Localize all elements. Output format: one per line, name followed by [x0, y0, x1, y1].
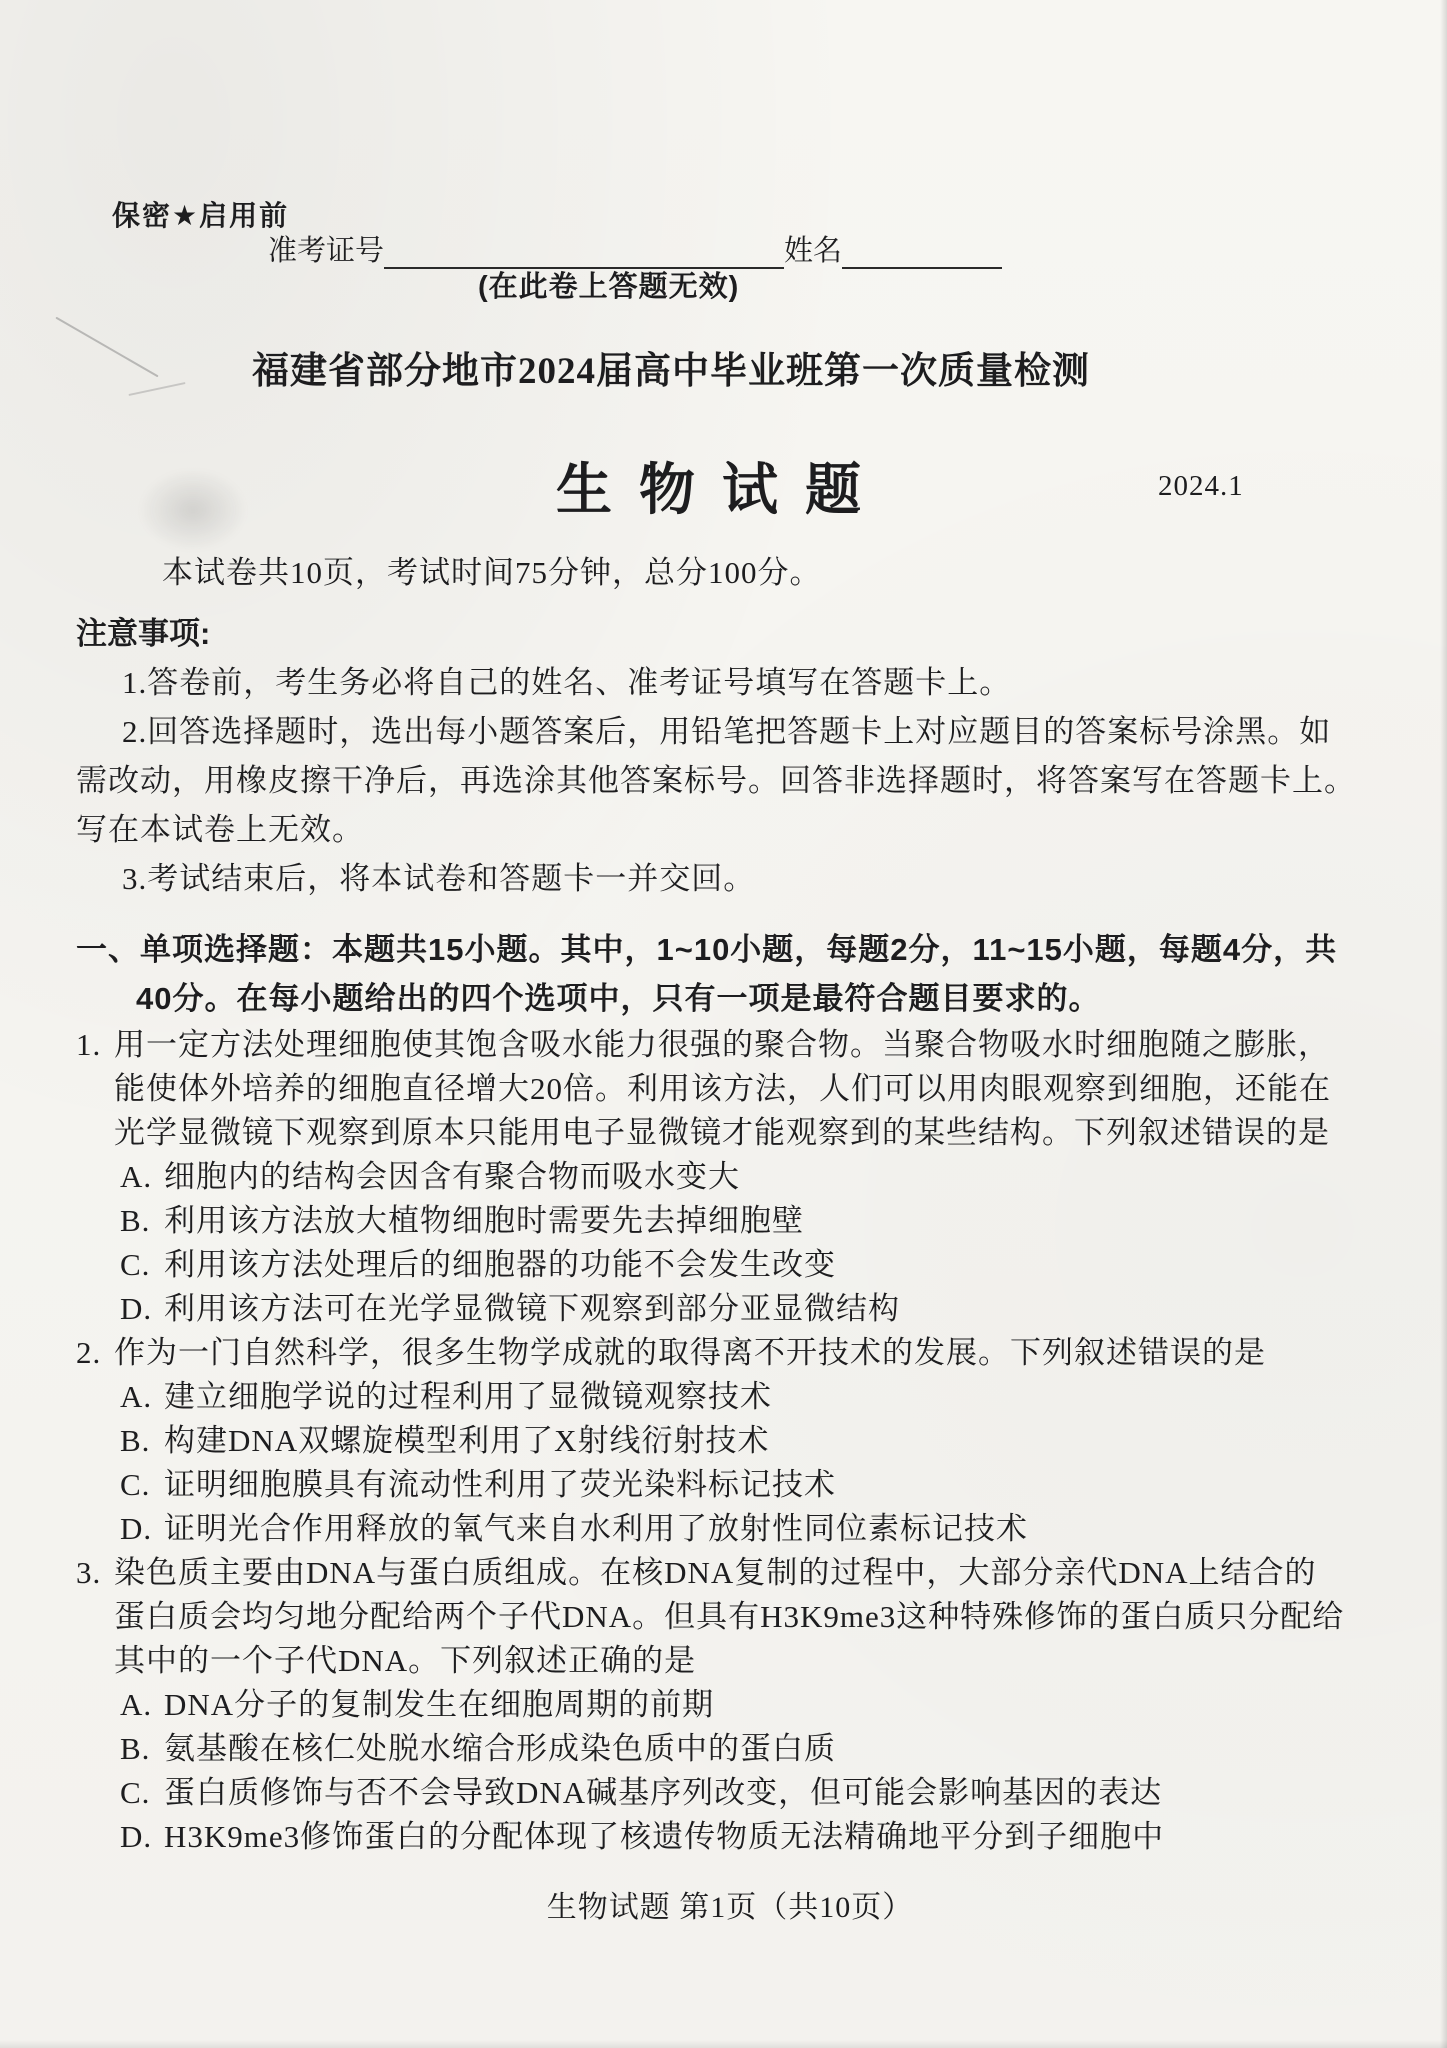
question-option: C.证明细胞膜具有流动性利用了荧光染料标记技术 — [76, 1463, 1384, 1507]
option-label: A. — [120, 1683, 164, 1727]
option-text: H3K9me3修饰蛋白的分配体现了核遗传物质无法精确地平分到子细胞中 — [164, 1819, 1164, 1854]
scan-scratch-mark — [128, 382, 185, 396]
question-stem-text: 用一定方法处理细胞使其饱含吸水能力很强的聚合物。当聚合物吸水时细胞随之膨胀， — [114, 1027, 1330, 1062]
question-block: 1.用一定方法处理细胞使其饱含吸水能力很强的聚合物。当聚合物吸水时细胞随之膨胀，… — [76, 1023, 1384, 1331]
confidential-notice: 保密★启用前 — [112, 194, 289, 234]
option-text: 氨基酸在核仁处脱水缩合形成染色质中的蛋白质 — [164, 1731, 836, 1766]
question-number: 2. — [76, 1331, 114, 1375]
section-heading-line: 40分。在每小题给出的四个选项中，只有一项是最符合题目要求的。 — [76, 974, 1384, 1023]
option-text: 细胞内的结构会因含有聚合物而吸水变大 — [164, 1159, 740, 1194]
candidate-info-row: 准考证号姓名 — [268, 228, 1002, 269]
name-blank — [842, 237, 1002, 269]
exam-body: 本试卷共10页，考试时间75分钟，总分100分。 注意事项: 1.答卷前，考生务… — [76, 548, 1384, 1931]
scan-scratch-mark — [55, 317, 158, 378]
question-stem-line: 3.染色质主要由DNA与蛋白质组成。在核DNA复制的过程中，大部分亲代DNA上结… — [76, 1551, 1384, 1595]
option-text: 证明光合作用释放的氧气来自水利用了放射性同位素标记技术 — [164, 1511, 1028, 1546]
question-block: 3.染色质主要由DNA与蛋白质组成。在核DNA复制的过程中，大部分亲代DNA上结… — [76, 1551, 1384, 1859]
option-text: 蛋白质修饰与否不会导致DNA碱基序列改变，但可能会影响基因的表达 — [164, 1775, 1162, 1810]
question-option: A.DNA分子的复制发生在细胞周期的前期 — [76, 1683, 1384, 1727]
question-option: C.蛋白质修饰与否不会导致DNA碱基序列改变，但可能会影响基因的表达 — [76, 1771, 1384, 1815]
notes-list: 1.答卷前，考生务必将自己的姓名、准考证号填写在答题卡上。2.回答选择题时，选出… — [76, 658, 1384, 903]
exam-title: 福建省部分地市2024届高中毕业班第一次质量检测 — [252, 340, 1090, 394]
question-option: B.氨基酸在核仁处脱水缩合形成染色质中的蛋白质 — [76, 1727, 1384, 1771]
scan-edge-shadow — [0, 2040, 1447, 2048]
option-text: 构建DNA双螺旋模型利用了X射线衍射技术 — [164, 1423, 770, 1458]
notice-line: 2.回答选择题时，选出每小题答案后，用铅笔把答题卡上对应题目的答案标号涂黑。如 — [76, 707, 1384, 756]
option-text: 证明细胞膜具有流动性利用了荧光染料标记技术 — [164, 1467, 836, 1502]
option-label: D. — [120, 1507, 164, 1551]
exam-date: 2024.1 — [1158, 470, 1244, 503]
question-option: A.建立细胞学说的过程利用了显微镜观察技术 — [76, 1375, 1384, 1419]
question-block: 2.作为一门自然科学，很多生物学成就的取得离不开技术的发展。下列叙述错误的是A.… — [76, 1331, 1384, 1551]
question-option: C.利用该方法处理后的细胞器的功能不会发生改变 — [76, 1243, 1384, 1287]
paper-info: 本试卷共10页，考试时间75分钟，总分100分。 — [76, 548, 1384, 597]
option-label: B. — [120, 1727, 164, 1771]
section-heading-line: 一、单项选择题：本题共15小题。其中，1~10小题，每题2分，11~15小题，每… — [76, 925, 1384, 974]
question-stem-line: 蛋白质会均匀地分配给两个子代DNA。但具有H3K9me3这种特殊修饰的蛋白质只分… — [76, 1595, 1384, 1639]
question-number: 1. — [76, 1023, 114, 1067]
option-label: C. — [120, 1463, 164, 1507]
section-heading: 一、单项选择题：本题共15小题。其中，1~10小题，每题2分，11~15小题，每… — [76, 925, 1384, 1023]
question-option: D.利用该方法可在光学显微镜下观察到部分亚显微结构 — [76, 1287, 1384, 1331]
subject-title: 生物试题 — [556, 446, 888, 526]
notes-heading: 注意事项: — [76, 609, 1384, 658]
option-label: D. — [120, 1287, 164, 1331]
option-text: 利用该方法可在光学显微镜下观察到部分亚显微结构 — [164, 1291, 900, 1326]
option-label: B. — [120, 1419, 164, 1463]
option-label: A. — [120, 1155, 164, 1199]
question-stem-line: 光学显微镜下观察到原本只能用电子显微镜才能观察到的某些结构。下列叙述错误的是 — [76, 1111, 1384, 1155]
question-stem-text: 作为一门自然科学，很多生物学成就的取得离不开技术的发展。下列叙述错误的是 — [114, 1335, 1266, 1370]
option-label: C. — [120, 1243, 164, 1287]
notice-line: 1.答卷前，考生务必将自己的姓名、准考证号填写在答题卡上。 — [76, 658, 1384, 707]
question-option: D.证明光合作用释放的氧气来自水利用了放射性同位素标记技术 — [76, 1507, 1384, 1551]
question-option: D.H3K9me3修饰蛋白的分配体现了核遗传物质无法精确地平分到子细胞中 — [76, 1815, 1384, 1859]
option-label: B. — [120, 1199, 164, 1243]
option-label: A. — [120, 1375, 164, 1419]
question-stem-line: 2.作为一门自然科学，很多生物学成就的取得离不开技术的发展。下列叙述错误的是 — [76, 1331, 1384, 1375]
notice-line: 3.考试结束后，将本试卷和答题卡一并交回。 — [76, 854, 1384, 903]
question-option: A.细胞内的结构会因含有聚合物而吸水变大 — [76, 1155, 1384, 1199]
question-stem-line: 能使体外培养的细胞直径增大20倍。利用该方法，人们可以用肉眼观察到细胞，还能在 — [76, 1067, 1384, 1111]
scanned-exam-page: { "document": { "confidential": "保密★启用前"… — [0, 0, 1447, 2048]
questions-list: 1.用一定方法处理细胞使其饱含吸水能力很强的聚合物。当聚合物吸水时细胞随之膨胀，… — [76, 1023, 1384, 1859]
admission-ticket-label: 准考证号 — [268, 235, 384, 267]
option-text: 利用该方法放大植物细胞时需要先去掉细胞壁 — [164, 1203, 804, 1238]
question-number: 3. — [76, 1551, 114, 1595]
question-option: B.构建DNA双螺旋模型利用了X射线衍射技术 — [76, 1419, 1384, 1463]
question-stem-line: 1.用一定方法处理细胞使其饱含吸水能力很强的聚合物。当聚合物吸水时细胞随之膨胀， — [76, 1023, 1384, 1067]
scan-edge-shadow — [1440, 0, 1447, 2048]
option-text: DNA分子的复制发生在细胞周期的前期 — [164, 1687, 714, 1722]
notice-line: 写在本试卷上无效。 — [76, 805, 1384, 854]
option-label: C. — [120, 1771, 164, 1815]
question-stem-line: 其中的一个子代DNA。下列叙述正确的是 — [76, 1639, 1384, 1683]
question-option: B.利用该方法放大植物细胞时需要先去掉细胞壁 — [76, 1199, 1384, 1243]
option-label: D. — [120, 1815, 164, 1859]
option-text: 建立细胞学说的过程利用了显微镜观察技术 — [164, 1379, 772, 1414]
page-footer: 生物试题 第1页（共10页） — [76, 1885, 1384, 1931]
notice-line: 需改动，用橡皮擦干净后，再选涂其他答案标号。回答非选择题时，将答案写在答题卡上。 — [76, 756, 1384, 805]
answer-invalid-notice: (在此卷上答题无效) — [478, 264, 739, 305]
scan-smudge — [138, 468, 248, 552]
name-label: 姓名 — [784, 235, 842, 267]
question-stem-text: 染色质主要由DNA与蛋白质组成。在核DNA复制的过程中，大部分亲代DNA上结合的 — [114, 1555, 1316, 1590]
option-text: 利用该方法处理后的细胞器的功能不会发生改变 — [164, 1247, 836, 1282]
